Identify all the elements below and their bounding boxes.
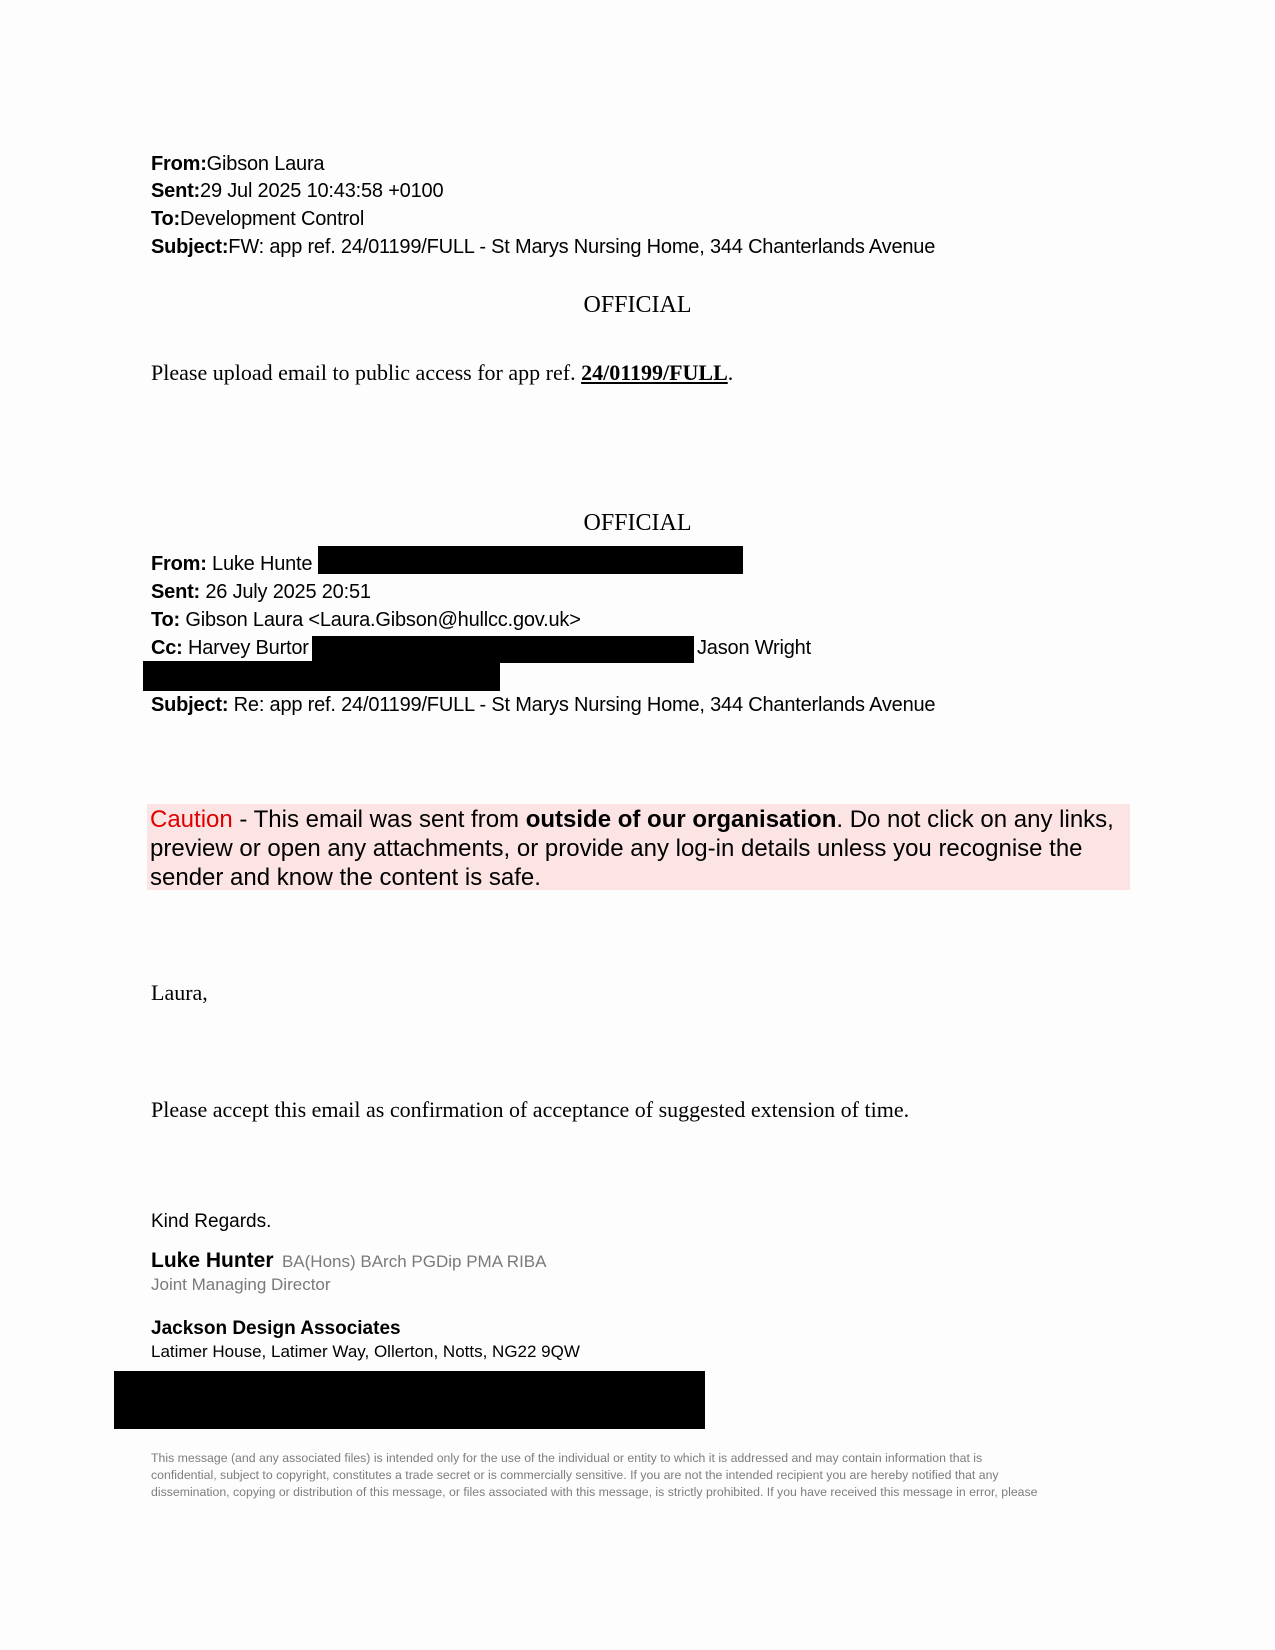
caution-word: Caution <box>150 806 233 833</box>
redaction-block <box>312 636 694 663</box>
signature-title: Joint Managing Director <box>151 1275 331 1295</box>
forward-body-text: Please upload email to public access for… <box>151 360 581 385</box>
forward-subject-line: Subject:FW: app ref. 24/01199/FULL - St … <box>151 234 935 261</box>
from-label: From: <box>151 553 207 575</box>
message-body: Please accept this email as confirmation… <box>151 1097 909 1123</box>
cc-value-1: Harvey Burtor <box>183 637 309 659</box>
forward-from-line: From:Gibson Laura <box>151 151 324 178</box>
cc-label: Cc: <box>151 637 183 659</box>
caution-text: Caution - This email was sent from outsi… <box>150 805 1130 892</box>
sent-label: Sent: <box>151 581 200 603</box>
disclaimer-line: dissemination, copying or distribution o… <box>151 1484 1131 1501</box>
to-value: Development Control <box>180 208 364 230</box>
redaction-block <box>114 1371 705 1429</box>
original-sent-line: Sent: 26 July 2025 20:51 <box>151 579 371 606</box>
company-name: Jackson Design Associates <box>151 1318 401 1340</box>
forward-sent-line: Sent:29 Jul 2025 10:43:58 +0100 <box>151 178 443 205</box>
classification-label-2: OFFICIAL <box>0 510 1275 537</box>
company-address: Latimer House, Latimer Way, Ollerton, No… <box>151 1342 580 1362</box>
to-label: To: <box>151 609 180 631</box>
caution-bold-text: outside of our organisation <box>526 806 837 833</box>
disclaimer-line: confidential, subject to copyright, cons… <box>151 1467 1131 1484</box>
subject-label: Subject: <box>151 694 228 716</box>
closing: Kind Regards. <box>151 1211 271 1233</box>
signature-name-line: Luke Hunter BA(Hons) BArch PGDip PMA RIB… <box>151 1249 547 1273</box>
subject-value: FW: app ref. 24/01199/FULL - St Marys Nu… <box>228 236 935 258</box>
to-label: To: <box>151 208 180 230</box>
from-value: Gibson Laura <box>207 153 325 175</box>
from-value: Luke Hunte <box>207 553 313 575</box>
forward-body: Please upload email to public access for… <box>151 360 733 386</box>
cc-value-2: Jason Wright <box>697 635 811 662</box>
redaction-block <box>318 546 743 574</box>
disclaimer: This message (and any associated files) … <box>151 1450 1131 1501</box>
original-subject-line: Subject: Re: app ref. 24/01199/FULL - St… <box>151 692 935 719</box>
disclaimer-line: This message (and any associated files) … <box>151 1450 1131 1467</box>
subject-label: Subject: <box>151 236 228 258</box>
sent-label: Sent: <box>151 180 200 202</box>
caution-text-1: - This email was sent from <box>233 806 526 833</box>
original-cc-line: Cc: Harvey Burtor <box>151 635 309 662</box>
signature-name: Luke Hunter <box>151 1249 274 1272</box>
greeting: Laura, <box>151 980 208 1006</box>
sent-value: 26 July 2025 20:51 <box>200 581 371 603</box>
from-label: From: <box>151 153 207 175</box>
redaction-block <box>143 661 500 691</box>
subject-value: Re: app ref. 24/01199/FULL - St Marys Nu… <box>228 694 935 716</box>
classification-label: OFFICIAL <box>0 292 1275 319</box>
forward-to-line: To:Development Control <box>151 206 364 233</box>
original-from-line: From: Luke Hunte <box>151 551 312 578</box>
to-value: Gibson Laura <Laura.Gibson@hullcc.gov.uk… <box>180 609 581 631</box>
sent-value: 29 Jul 2025 10:43:58 +0100 <box>200 180 443 202</box>
forward-body-end: . <box>728 360 734 385</box>
signature-qualifications: BA(Hons) BArch PGDip PMA RIBA <box>282 1252 547 1271</box>
app-ref-link[interactable]: 24/01199/FULL <box>581 360 728 385</box>
original-to-line: To: Gibson Laura <Laura.Gibson@hullcc.go… <box>151 607 581 634</box>
